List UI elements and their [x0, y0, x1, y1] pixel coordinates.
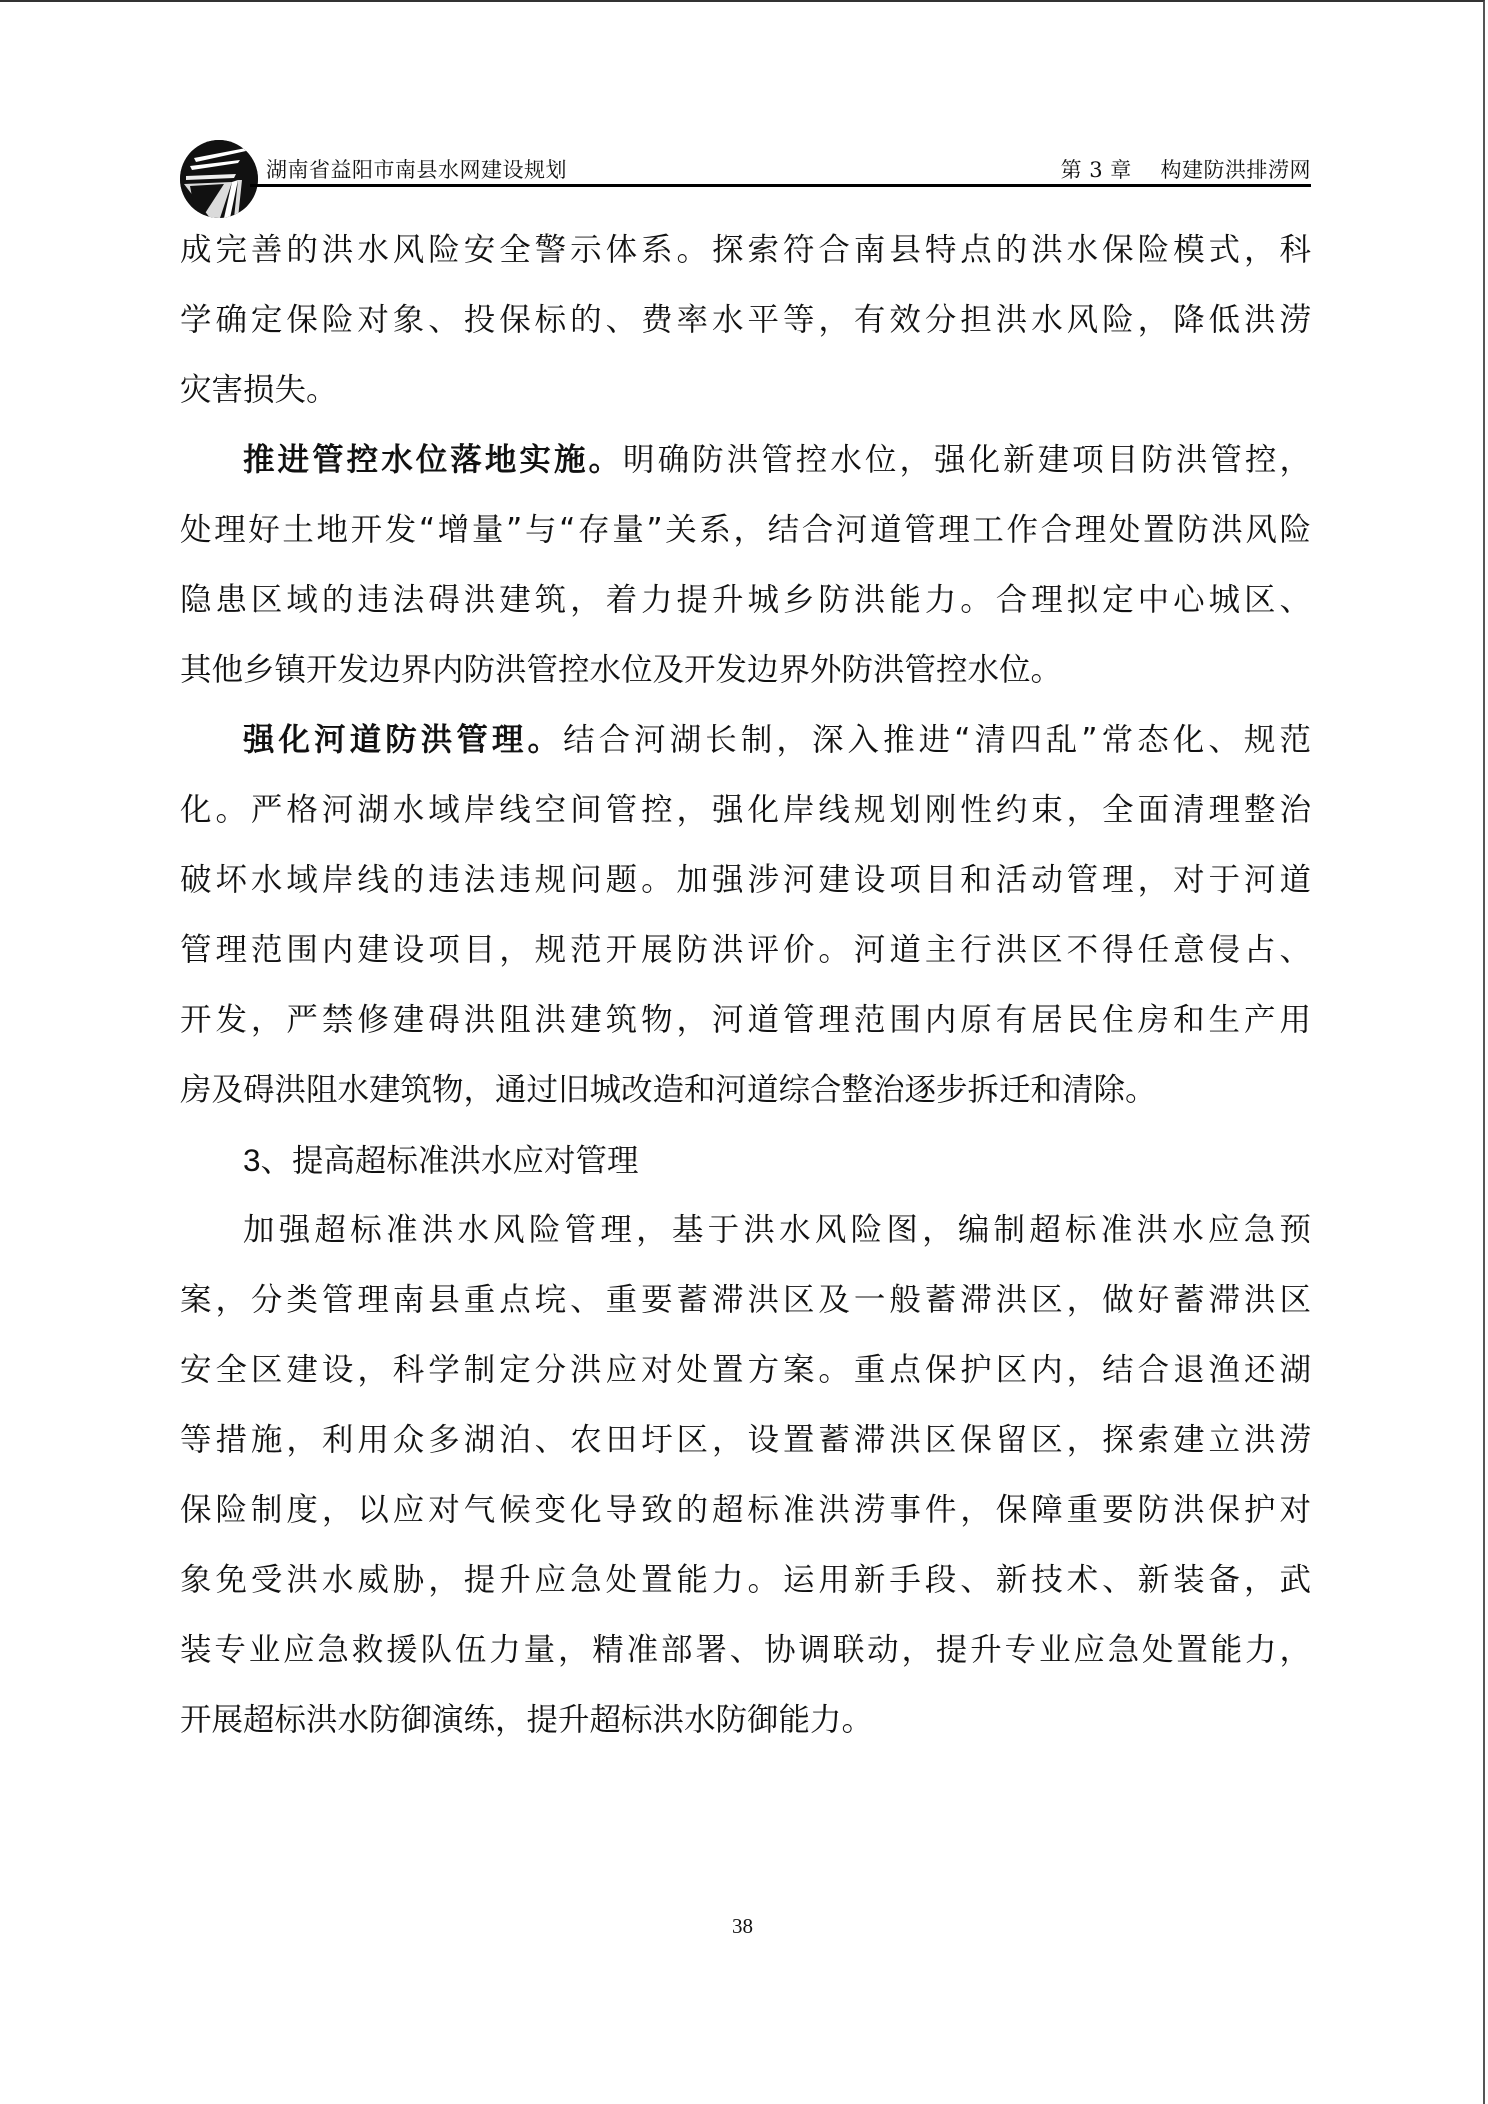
- paragraph-flood-warning: 成完善的洪水风险安全警示体系。探索符合南县特点的洪水保险模式，科 学确定保险对象…: [180, 215, 1311, 425]
- text-line: 学确定保险对象、投保标的、费率水平等，有效分担洪水风险，降低洪涝: [180, 285, 1311, 355]
- paragraph-river-flood-management: 强化河道防洪管理。结合河湖长制，深入推进“清四乱”常态化、规范 化。严格河湖水域…: [180, 705, 1311, 1125]
- header-rule: [250, 184, 1311, 187]
- page-body: 成完善的洪水风险安全警示体系。探索符合南县特点的洪水保险模式，科 学确定保险对象…: [180, 215, 1311, 1755]
- text-line: 装专业应急救援队伍力量，精准部署、协调联动，提升专业应急处置能力，: [180, 1615, 1311, 1685]
- text-line: 开发，严禁修建碍洪阻洪建筑物，河道管理范围内原有居民住房和生产用: [180, 985, 1311, 1055]
- text-line: 管理范围内建设项目，规范开展防洪评价。河道主行洪区不得任意侵占、: [180, 915, 1311, 985]
- text-line: 强化河道防洪管理。结合河湖长制，深入推进“清四乱”常态化、规范: [180, 705, 1311, 775]
- paragraph-control-water-level: 推进管控水位落地实施。明确防洪管控水位，强化新建项目防洪管控， 处理好土地开发“…: [180, 425, 1311, 705]
- text-line: 其他乡镇开发边界内防洪管控水位及开发边界外防洪管控水位。: [180, 635, 1311, 705]
- paragraph-extreme-flood-response: 加强超标准洪水风险管理，基于洪水风险图，编制超标准洪水应急预 案，分类管理南县重…: [180, 1195, 1311, 1755]
- text-line: 房及碍洪阻水建筑物，通过旧城改造和河道综合整治逐步拆迁和清除。: [180, 1055, 1311, 1125]
- text-line: 化。严格河湖水域岸线空间管控，强化岸线规划刚性约束，全面清理整治: [180, 775, 1311, 845]
- document-title: 湖南省益阳市南县水网建设规划: [266, 154, 567, 184]
- paragraph-lead: 强化河道防洪管理。: [243, 722, 563, 758]
- text-line: 加强超标准洪水风险管理，基于洪水风险图，编制超标准洪水应急预: [180, 1195, 1311, 1265]
- text-line: 开展超标洪水防御演练，提升超标洪水防御能力。: [180, 1685, 1311, 1755]
- road-perspective-logo-icon: [180, 140, 258, 218]
- text-line: 安全区建设，科学制定分洪应对处置方案。重点保护区内，结合退渔还湖: [180, 1335, 1311, 1405]
- section-heading: 3、提高超标准洪水应对管理: [180, 1125, 1311, 1195]
- paragraph-lead: 推进管控水位落地实施。: [243, 442, 623, 478]
- text-line: 破坏水域岸线的违法违规问题。加强涉河建设项目和活动管理，对于河道: [180, 845, 1311, 915]
- text-line: 处理好土地开发“增量”与“存量”关系，结合河道管理工作合理处置防洪风险: [180, 495, 1311, 565]
- text-run: 结合河湖长制，深入推进“清四乱”常态化、规范: [563, 722, 1311, 758]
- text-line: 推进管控水位落地实施。明确防洪管控水位，强化新建项目防洪管控，: [180, 425, 1311, 495]
- text-line: 案，分类管理南县重点垸、重要蓄滞洪区及一般蓄滞洪区，做好蓄滞洪区: [180, 1265, 1311, 1335]
- text-line: 等措施，利用众多湖泊、农田圩区，设置蓄滞洪区保留区，探索建立洪涝: [180, 1405, 1311, 1475]
- text-line: 隐患区域的违法碍洪建筑，着力提升城乡防洪能力。合理拟定中心城区、: [180, 565, 1311, 635]
- text-line: 象免受洪水威胁，提升应急处置能力。运用新手段、新技术、新装备，武: [180, 1545, 1311, 1615]
- text-line: 保险制度，以应对气候变化导致的超标准洪涝事件，保障重要防洪保护对: [180, 1475, 1311, 1545]
- text-line: 灾害损失。: [180, 355, 1311, 425]
- page-number: 38: [0, 1914, 1485, 1939]
- chapter-title: 第 3 章 构建防洪排涝网: [1061, 154, 1311, 184]
- text-line: 成完善的洪水风险安全警示体系。探索符合南县特点的洪水保险模式，科: [180, 215, 1311, 285]
- page-header: 湖南省益阳市南县水网建设规划 第 3 章 构建防洪排涝网: [180, 140, 1311, 210]
- text-run: 明确防洪管控水位，强化新建项目防洪管控，: [623, 442, 1311, 478]
- document-page: 湖南省益阳市南县水网建设规划 第 3 章 构建防洪排涝网 成完善的洪水风险安全警…: [0, 0, 1485, 2104]
